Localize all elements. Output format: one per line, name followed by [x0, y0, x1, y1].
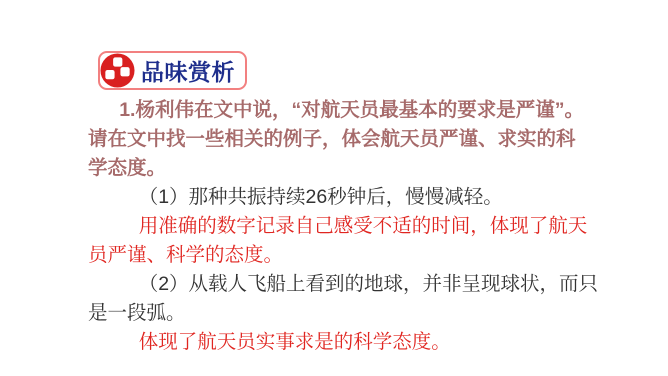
- example-2-line: （2）从载人飞船上看到的地球，并非呈现球状，而只: [88, 270, 594, 299]
- answer-1-line: 员严谨、科学的态度。: [88, 241, 594, 270]
- pin-grid-icon: [100, 53, 135, 88]
- section-title: 品味赏析: [141, 54, 235, 87]
- question-paragraph: 1.杨利伟在文中说，“对航天员最基本的要求是严谨”。 请在文中找一些相关的例子，…: [88, 96, 594, 183]
- example-1-paragraph: （1）那种共振持续26秒钟后，慢慢减轻。: [88, 183, 594, 212]
- answer-1-paragraph: 用准确的数字记录自己感受不适的时间，体现了航天 员严谨、科学的态度。: [88, 212, 594, 270]
- example-2-line: 是一段弧。: [88, 299, 594, 328]
- question-line: 1.杨利伟在文中说，“对航天员最基本的要求是严谨”。: [88, 96, 594, 125]
- section-badge: 品味赏析: [98, 51, 247, 90]
- presentation-slide: 品味赏析 1.杨利伟在文中说，“对航天员最基本的要求是严谨”。 请在文中找一些相…: [0, 0, 668, 376]
- answer-1-line: 用准确的数字记录自己感受不适的时间，体现了航天: [88, 212, 594, 241]
- answer-2-line: 体现了航天员实事求是的科学态度。: [88, 328, 594, 357]
- example-1-line: （1）那种共振持续26秒钟后，慢慢减轻。: [88, 183, 594, 212]
- question-line: 学态度。: [88, 154, 594, 183]
- question-line: 请在文中找一些相关的例子，体会航天员严谨、求实的科: [88, 125, 594, 154]
- example-2-paragraph: （2）从载人飞船上看到的地球，并非呈现球状，而只 是一段弧。: [88, 270, 594, 328]
- answer-2-paragraph: 体现了航天员实事求是的科学态度。: [88, 328, 594, 357]
- slide-body-text: 1.杨利伟在文中说，“对航天员最基本的要求是严谨”。 请在文中找一些相关的例子，…: [88, 96, 594, 357]
